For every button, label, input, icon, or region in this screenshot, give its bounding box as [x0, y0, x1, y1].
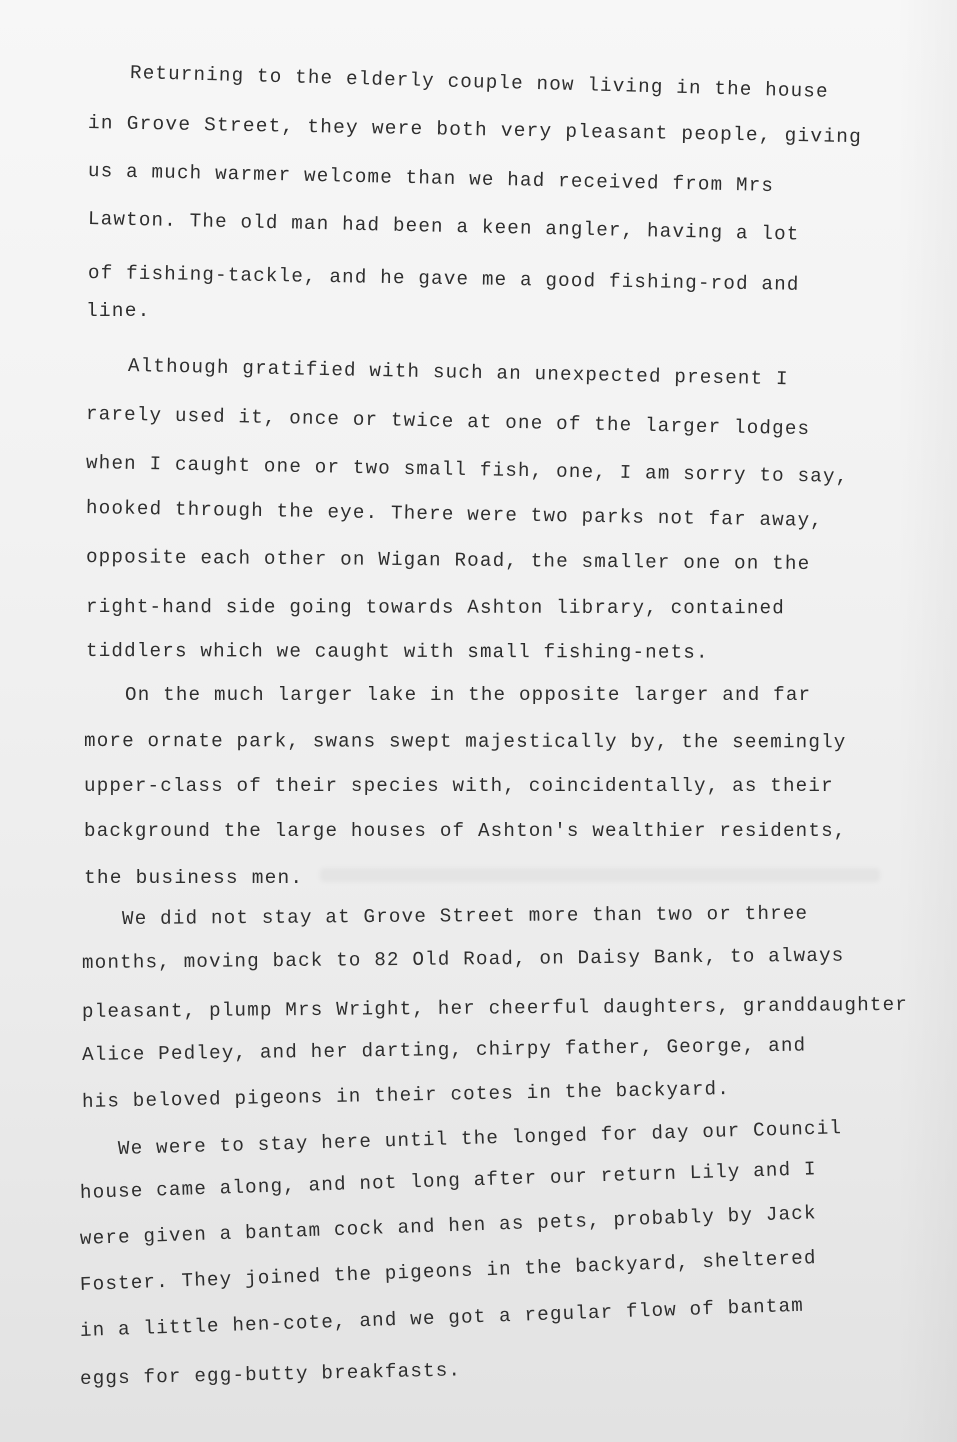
text-line: Foster. They joined the pigeons in the b… [80, 1247, 817, 1296]
text-line: when I caught one or two small fish, one… [86, 452, 849, 488]
text-line: line. [86, 300, 151, 322]
text-line: were given a bantam cock and hen as pets… [80, 1202, 817, 1250]
text-line: the business men. [84, 867, 303, 889]
page-shadow [897, 0, 957, 1442]
text-line: in Grove Street, they were both very ple… [88, 112, 862, 148]
typewritten-page: Returning to the elderly couple now livi… [0, 0, 957, 1442]
text-line: months, moving back to 82 Old Road, on D… [82, 945, 845, 974]
text-line: Returning to the elderly couple now livi… [130, 62, 829, 103]
text-line: his beloved pigeons in their cotes in th… [82, 1078, 730, 1113]
text-line: We did not stay at Grove Street more tha… [122, 903, 808, 930]
text-line: more ornate park, swans swept majestical… [84, 730, 847, 753]
text-line: opposite each other on Wigan Road, the s… [86, 546, 811, 575]
text-line: Although gratified with such an unexpect… [128, 355, 789, 390]
text-line: rarely used it, once or twice at one of … [86, 403, 811, 440]
text-line: On the much larger lake in the opposite … [125, 684, 811, 706]
text-line: pleasant, plump Mrs Wright, her cheerful… [82, 994, 908, 1023]
text-line: in a little hen-cote, and we got a regul… [80, 1295, 805, 1342]
text-line: right-hand side going towards Ashton lib… [86, 596, 785, 619]
text-line: hooked through the eye. There were two p… [86, 497, 823, 532]
bleed-through-text [320, 868, 880, 882]
text-line: Alice Pedley, and her darting, chirpy fa… [82, 1035, 807, 1066]
text-line: background the large houses of Ashton's … [84, 820, 847, 842]
text-line: We were to stay here until the longed fo… [118, 1117, 843, 1160]
text-line: us a much warmer welcome than we had rec… [88, 160, 775, 197]
text-line: eggs for egg-butty breakfasts. [80, 1359, 462, 1390]
text-line: tiddlers which we caught with small fish… [86, 640, 709, 664]
text-line: Lawton. The old man had been a keen angl… [88, 208, 800, 246]
text-line: upper-class of their species with, coinc… [84, 775, 834, 797]
text-line: house came along, and not long after our… [80, 1158, 817, 1204]
text-line: of fishing-tackle, and he gave me a good… [88, 262, 800, 296]
